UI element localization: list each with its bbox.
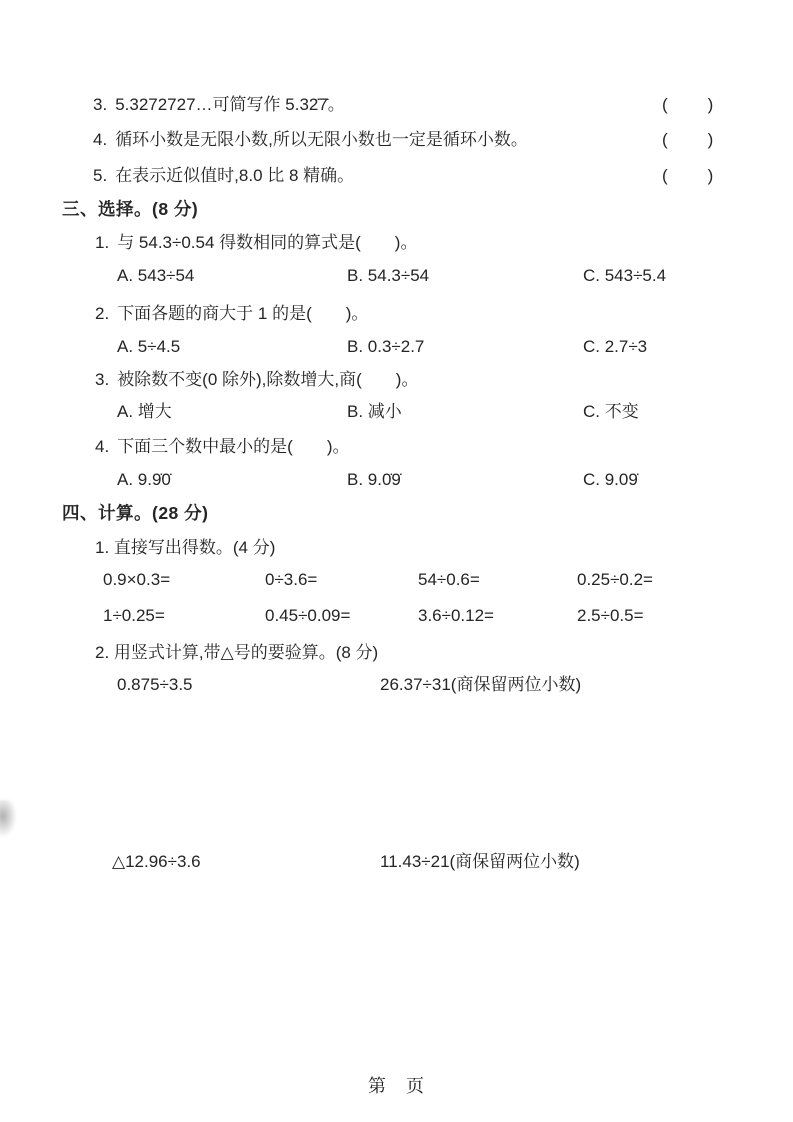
choice-q2-option-a: A. 5÷4.5 [117, 336, 180, 357]
oral-calc-title: 1. 直接写出得数。(4 分) [95, 537, 275, 558]
choice-q3: 3.被除数不变(0 除外),除数增大,商( )。 [95, 369, 418, 390]
calc-section-title: 四、计算。(28 分) [62, 503, 208, 524]
page-footer: 第 页 [0, 1076, 793, 1097]
choice-q2-option-c: C. 2.7÷3 [583, 336, 647, 357]
choice-q1-number: 1. [95, 233, 109, 252]
vertical-calc-problem: △12.96÷3.6 [112, 851, 201, 872]
vertical-calc-problem: 11.43÷21(商保留两位小数) [380, 851, 580, 872]
judge-item-3-number: 3. [93, 95, 107, 114]
choice-q2-option-b: B. 0.3÷2.7 [347, 336, 424, 357]
choice-q4-option-a: A. 9.9̇0̇ [117, 469, 171, 490]
choice-q2-number: 2. [95, 304, 109, 323]
vertical-calc-problem: 26.37÷31(商保留两位小数) [380, 674, 581, 695]
judge-item-5-number: 5. [93, 166, 107, 185]
oral-calc-item: 54÷0.6= [418, 569, 480, 590]
choice-q4-number: 4. [95, 437, 109, 456]
choice-q3-option-b: B. 减小 [347, 401, 402, 422]
choice-q4-option-b: B. 9.0̇9̇ [347, 469, 401, 490]
choice-q4: 4.下面三个数中最小的是( )。 [95, 436, 350, 457]
choice-q3-text: 被除数不变(0 除外),除数增大,商( )。 [117, 370, 418, 389]
choice-q2-text: 下面各题的商大于 1 的是( )。 [117, 304, 368, 323]
judge-item-5-answer-paren: ( ) [662, 165, 715, 186]
oral-calc-item: 0.9×0.3= [103, 569, 170, 590]
choice-q1: 1.与 54.3÷0.54 得数相同的算式是( )。 [95, 232, 417, 253]
judge-item-3-text: 5.3272727…可简写作 5.32̇7̇。 [115, 95, 345, 114]
oral-calc-item: 1÷0.25= [103, 605, 165, 626]
oral-calc-item: 0÷3.6= [265, 569, 317, 590]
judge-item-3-answer-paren: ( ) [662, 94, 715, 115]
choice-q1-option-a: A. 543÷54 [117, 265, 194, 286]
judge-item-5: 5.在表示近似值时,8.0 比 8 精确。 [93, 165, 354, 186]
oral-calc-item: 0.45÷0.09= [265, 605, 350, 626]
scan-smudge [0, 800, 16, 836]
choice-q3-number: 3. [95, 370, 109, 389]
choice-q1-option-c: C. 543÷5.4 [583, 265, 666, 286]
choice-q3-option-c: C. 不变 [583, 401, 639, 422]
judge-item-5-text: 在表示近似值时,8.0 比 8 精确。 [115, 166, 354, 185]
choice-q4-text: 下面三个数中最小的是( )。 [117, 437, 349, 456]
judge-item-4-answer-paren: ( ) [662, 129, 715, 150]
choice-q3-option-a: A. 增大 [117, 401, 172, 422]
worksheet-page: 3.5.3272727…可简写作 5.32̇7̇。 ( ) 4.循环小数是无限小… [0, 0, 793, 1122]
choice-q4-option-c: C. 9.09̇ [583, 469, 638, 490]
judge-item-4-text: 循环小数是无限小数,所以无限小数也一定是循环小数。 [115, 130, 528, 149]
choice-q2: 2.下面各题的商大于 1 的是( )。 [95, 303, 368, 324]
judge-item-4: 4.循环小数是无限小数,所以无限小数也一定是循环小数。 [93, 129, 528, 150]
choice-q1-text: 与 54.3÷0.54 得数相同的算式是( )。 [117, 233, 417, 252]
oral-calc-item: 0.25÷0.2= [577, 569, 653, 590]
judge-item-3: 3.5.3272727…可简写作 5.32̇7̇。 [93, 94, 345, 115]
judge-item-4-number: 4. [93, 130, 107, 149]
oral-calc-item: 3.6÷0.12= [418, 605, 494, 626]
choice-section-title: 三、选择。(8 分) [62, 199, 198, 220]
choice-q1-option-b: B. 54.3÷54 [347, 265, 429, 286]
oral-calc-item: 2.5÷0.5= [577, 605, 644, 626]
vertical-calc-problem: 0.875÷3.5 [117, 674, 193, 695]
vertical-calc-title: 2. 用竖式计算,带△号的要验算。(8 分) [95, 642, 378, 663]
